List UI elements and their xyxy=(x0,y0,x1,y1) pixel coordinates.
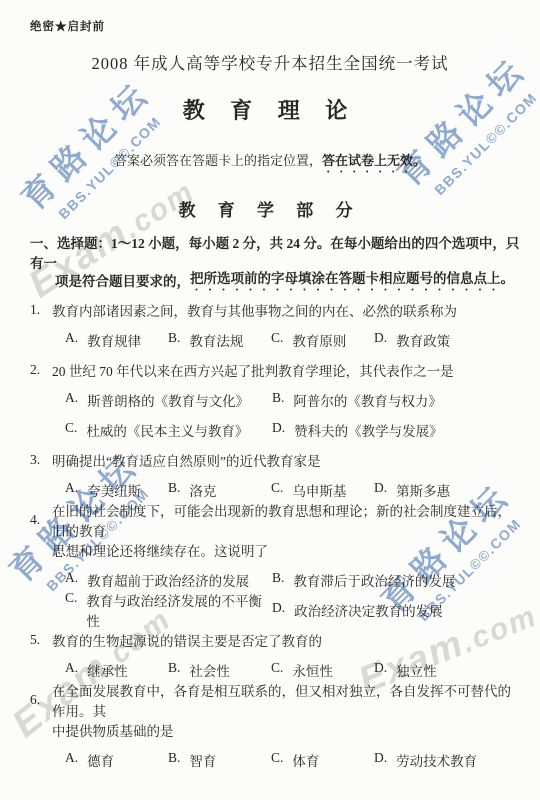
option-3-b: B.洛克 xyxy=(168,480,271,500)
option-label: D. xyxy=(374,330,387,350)
question-4-stem: 在旧的社会制度下，可能会出现新的教育思想和理论；新的社会制度建立后，旧的教育 xyxy=(52,500,522,540)
question-2-text: 2. 20 世纪 70 年代以来在西方兴起了批判教育学理论，其代表作之一是 xyxy=(30,355,522,385)
option-text: 劳动技术教育 xyxy=(396,750,477,770)
question-5-number: 5. xyxy=(30,632,52,648)
option-3-c: C.乌申斯基 xyxy=(271,480,374,500)
option-5-a: A.继承性 xyxy=(65,660,168,680)
option-label: A. xyxy=(65,660,78,680)
option-label: B. xyxy=(168,750,180,770)
option-text: 德育 xyxy=(87,750,114,770)
option-6-d: D.劳动技术教育 xyxy=(374,750,477,770)
option-4-b: B.教育滞后于政治经济的发展 xyxy=(272,570,455,590)
option-text: 教育法规 xyxy=(189,330,243,350)
option-label: B. xyxy=(272,570,284,590)
answer-notice-regular: 答案必须答在答题卡上的指定位置， xyxy=(114,153,322,168)
option-text: 杜威的《民本主义与教育》 xyxy=(86,420,248,440)
option-text: 继承性 xyxy=(87,660,128,680)
option-4-a: A.教育超前于政治经济的发展 xyxy=(65,570,272,590)
option-6-c: C.体育 xyxy=(271,750,374,770)
option-text: 教育规律 xyxy=(87,330,141,350)
question-4-text: 4. 在旧的社会制度下，可能会出现新的教育思想和理论；新的社会制度建立后，旧的教… xyxy=(30,505,522,535)
option-label: A. xyxy=(65,390,78,410)
option-6-b: B.智育 xyxy=(168,750,271,770)
option-label: D. xyxy=(374,750,387,770)
option-text: 永恒性 xyxy=(292,660,333,680)
option-label: C. xyxy=(65,590,77,630)
option-4-d: D.政治经济决定教育的发展 xyxy=(272,600,443,620)
answer-notice-emphasized: 答在试卷上无效。 xyxy=(322,153,426,168)
question-2-options-row-1: A.斯普朗格的《教育与文化》 B.阿普尔的《教育与权力》 xyxy=(30,385,522,415)
section-instructions: 一、选择题：1～12 小题，每小题 2 分，共 24 分。在每小题给出的四个选项… xyxy=(30,238,520,294)
instruction-line-2-emphasized: 把所选项前的字母填涂在答题卡相应题号的信息点上。 xyxy=(190,267,514,294)
option-label: C. xyxy=(271,480,283,500)
option-label: D. xyxy=(374,660,387,680)
option-text: 阿普尔的《教育与权力》 xyxy=(293,390,442,410)
option-text: 教育政策 xyxy=(396,330,450,350)
question-1-stem: 教育内部诸因素之间，教育与其他事物之间的内在、必然的联系称为 xyxy=(52,300,457,320)
instruction-line-2-regular: 项是符合题目要求的， xyxy=(55,270,190,290)
question-6-text: 6. 在全面发展教育中，各育是相互联系的，但又相对独立，各自发挥不可替代的作用。… xyxy=(30,685,522,715)
option-label: B. xyxy=(168,330,180,350)
answer-notice: 答案必须答在答题卡上的指定位置，答在试卷上无效。 xyxy=(0,150,540,176)
option-text: 政治经济决定教育的发展 xyxy=(294,600,443,620)
question-6-number: 6. xyxy=(30,692,52,708)
option-5-c: C.永恒性 xyxy=(271,660,374,680)
option-text: 赞科夫的《教学与发展》 xyxy=(294,420,443,440)
question-3-number: 3. xyxy=(30,452,52,468)
option-5-b: B.社会性 xyxy=(168,660,271,680)
option-text: 洛克 xyxy=(189,480,216,500)
option-6-a: A.德育 xyxy=(65,750,168,770)
option-label: C. xyxy=(271,330,283,350)
option-text: 教育超前于政治经济的发展 xyxy=(87,570,249,590)
option-3-a: A.夸美纽斯 xyxy=(65,480,168,500)
option-1-d: D.教育政策 xyxy=(374,330,450,350)
question-2-stem: 20 世纪 70 年代以来在西方兴起了批判教育学理论，其代表作之一是 xyxy=(52,360,454,380)
exam-title: 2008 年成人高等学校专升本招生全国统一考试 xyxy=(0,50,540,74)
option-text: 教育滞后于政治经济的发展 xyxy=(293,570,455,590)
option-1-a: A.教育规律 xyxy=(65,330,168,350)
option-text: 教育原则 xyxy=(292,330,346,350)
question-1-text: 1. 教育内部诸因素之间，教育与其他事物之间的内在、必然的联系称为 xyxy=(30,295,522,325)
option-text: 社会性 xyxy=(189,660,230,680)
option-label: B. xyxy=(272,390,284,410)
option-label: B. xyxy=(168,660,180,680)
question-3-stem: 明确提出“教育适应自然原则”的近代教育家是 xyxy=(52,450,320,470)
option-label: C. xyxy=(271,660,283,680)
option-2-d: D.赞科夫的《教学与发展》 xyxy=(272,420,443,440)
option-4-c: C.教育与政治经济发展的不平衡性 xyxy=(65,590,272,630)
option-label: D. xyxy=(272,420,285,440)
option-1-b: B.教育法规 xyxy=(168,330,271,350)
question-1-number: 1. xyxy=(30,302,52,318)
option-label: A. xyxy=(65,570,78,590)
option-text: 斯普朗格的《教育与文化》 xyxy=(87,390,249,410)
option-text: 乌申斯基 xyxy=(292,480,346,500)
option-2-b: B.阿普尔的《教育与权力》 xyxy=(272,390,442,410)
question-4-options-row-2: C.教育与政治经济发展的不平衡性 D.政治经济决定教育的发展 xyxy=(30,595,522,625)
section-title: 教 育 学 部 分 xyxy=(0,196,540,221)
option-text: 夸美纽斯 xyxy=(87,480,141,500)
option-1-c: C.教育原则 xyxy=(271,330,374,350)
option-label: D. xyxy=(374,480,387,500)
option-label: A. xyxy=(65,750,78,770)
instruction-line-2: 项是符合题目要求的，把所选项前的字母填涂在答题卡相应题号的信息点上。 xyxy=(30,266,520,294)
subject-title: 教 育 理 论 xyxy=(0,94,540,125)
question-3-text: 3. 明确提出“教育适应自然原则”的近代教育家是 xyxy=(30,445,522,475)
option-label: B. xyxy=(168,480,180,500)
option-label: C. xyxy=(65,420,77,440)
option-2-a: A.斯普朗格的《教育与文化》 xyxy=(65,390,272,410)
security-classification: 绝密★启封前 xyxy=(30,18,105,34)
option-label: A. xyxy=(65,480,78,500)
question-list: 1. 教育内部诸因素之间，教育与其他事物之间的内在、必然的联系称为 A.教育规律… xyxy=(30,295,522,775)
question-6-stem: 在全面发展教育中，各育是相互联系的，但又相对独立，各自发挥不可替代的作用。其 xyxy=(52,680,522,720)
option-2-c: C.杜威的《民本主义与教育》 xyxy=(65,420,272,440)
question-4-number: 4. xyxy=(30,512,52,528)
question-5-text: 5. 教育的生物起源说的错误主要是否定了教育的 xyxy=(30,625,522,655)
question-5-stem: 教育的生物起源说的错误主要是否定了教育的 xyxy=(52,630,322,650)
question-2-options-row-2: C.杜威的《民本主义与教育》 D.赞科夫的《教学与发展》 xyxy=(30,415,522,445)
option-3-d: D.第斯多惠 xyxy=(374,480,450,500)
exam-paper-page: 育路论坛 BBS.YUL©©.COM 育路论坛 BBS.YUL©©.COM 育路… xyxy=(0,0,540,800)
option-text: 体育 xyxy=(292,750,319,770)
question-1-options: A.教育规律 B.教育法规 C.教育原则 D.教育政策 xyxy=(30,325,522,355)
option-text: 第斯多惠 xyxy=(396,480,450,500)
option-text: 智育 xyxy=(189,750,216,770)
question-6-options: A.德育 B.智育 C.体育 D.劳动技术教育 xyxy=(30,745,522,775)
option-text: 独立性 xyxy=(396,660,437,680)
question-2-number: 2. xyxy=(30,362,52,378)
option-label: D. xyxy=(272,600,285,620)
option-5-d: D.独立性 xyxy=(374,660,437,680)
option-label: A. xyxy=(65,330,78,350)
instruction-line-1: 一、选择题：1～12 小题，每小题 2 分，共 24 分。在每小题给出的四个选项… xyxy=(30,238,520,266)
option-text: 教育与政治经济发展的不平衡性 xyxy=(86,590,272,630)
option-label: C. xyxy=(271,750,283,770)
